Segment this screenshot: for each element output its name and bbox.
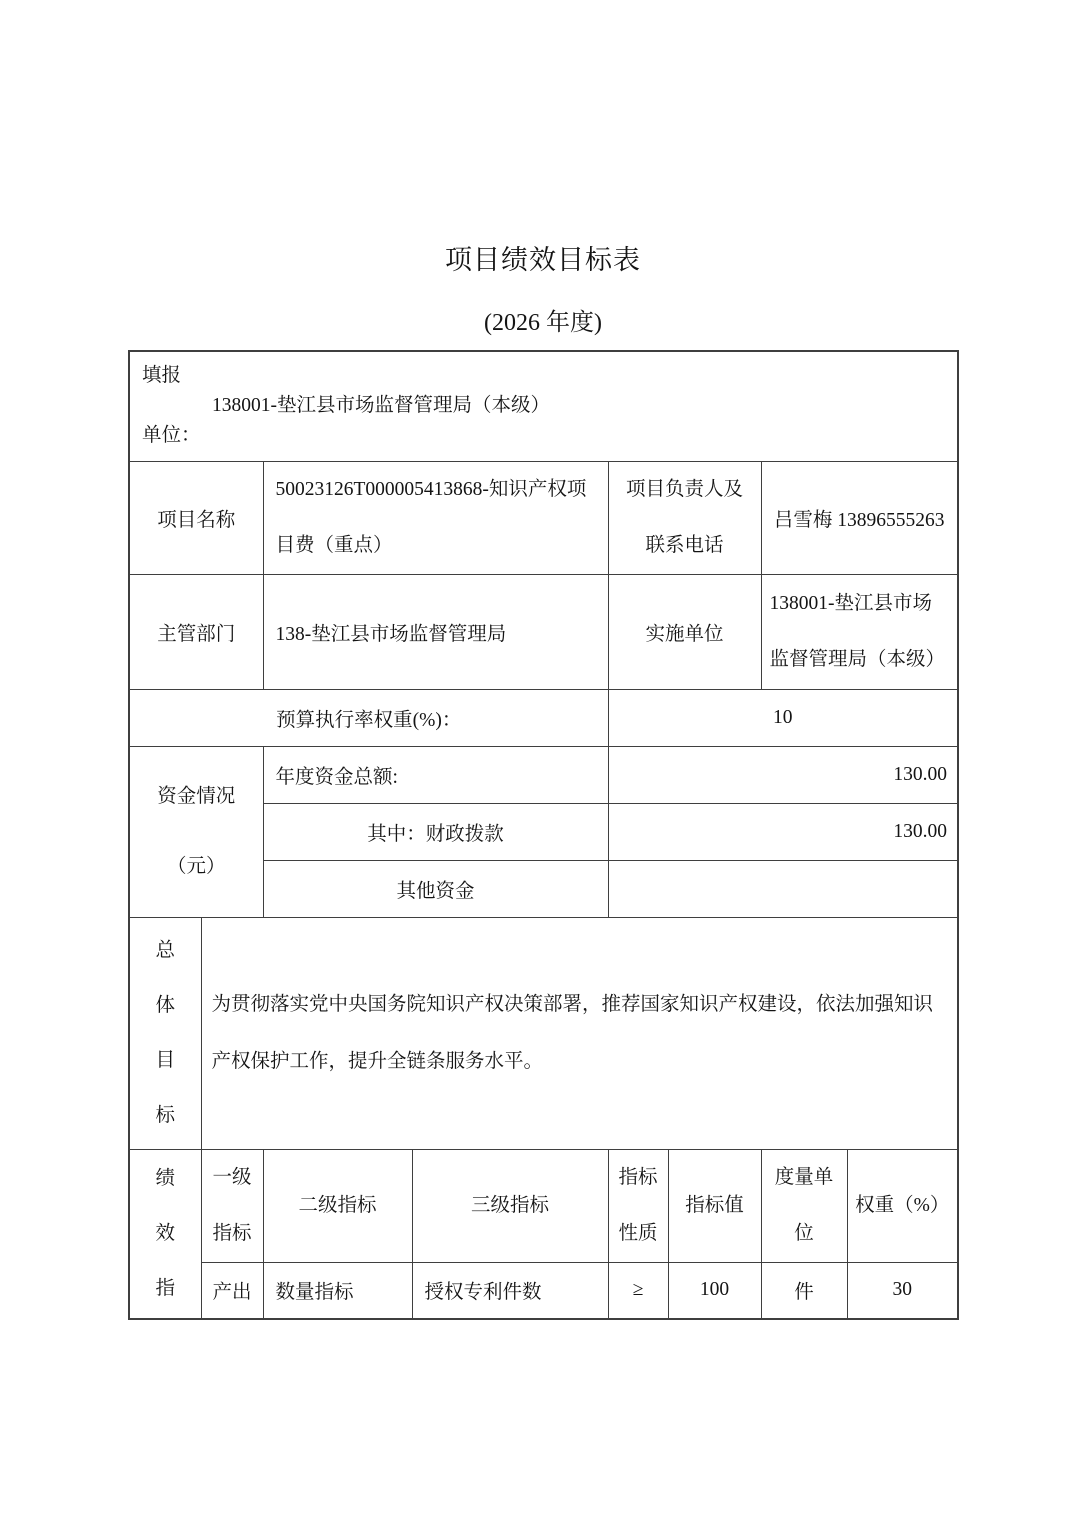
budget-weight-value-cell: 10 [608, 689, 958, 746]
department-value-cell: 138-垫江县市场监督管理局 [263, 574, 608, 689]
indicator-unit-cell: 件 [761, 1262, 847, 1319]
overall-goal-value-cell: 为贯彻落实党中央国务院知识产权决策部署，推荐国家知识产权建设，依法加强知识产权保… [201, 917, 958, 1149]
indicators-side-label-cell: 绩 效 指 [129, 1149, 201, 1319]
budget-weight-label-cell: 预算执行率权重(%)： [129, 689, 608, 746]
page-title: 项目绩效目标表 [128, 240, 958, 280]
indicator-row: 产出 数量指标 授权专利件数 ≥ 100 件 30 [129, 1262, 958, 1319]
implementing-unit-value-cell: 138001-垫江县市场监督管理局（本级） [761, 574, 958, 689]
implementing-unit-label-cell: 实施单位 [608, 574, 761, 689]
project-name-value-cell: 50023126T000005413868-知识产权项目费（重点） [263, 461, 608, 574]
indicator-nature-cell: ≥ [608, 1262, 668, 1319]
funding-label-cell: 资金情况 （元） [129, 746, 263, 917]
funding-other-label-cell: 其他资金 [263, 860, 608, 917]
header-value-cell: 指标值 [668, 1149, 761, 1262]
funding-total-label-cell: 年度资金总额: [263, 746, 608, 803]
indicator-value-cell: 100 [668, 1262, 761, 1319]
reporting-unit-label-bottom: 单位： [142, 421, 945, 451]
funding-total-value-cell: 130.00 [608, 746, 958, 803]
indicator-weight-cell: 30 [847, 1262, 958, 1319]
reporting-unit-label-top: 填报 [142, 361, 945, 391]
project-name-label-cell: 项目名称 [129, 461, 263, 574]
document-page: 项目绩效目标表 (2026 年度) 填报 138001-垫江县市场监督管理局（本… [0, 0, 1074, 1520]
funding-other-value-cell [608, 860, 958, 917]
header-level1-cell: 一级 指标 [201, 1149, 263, 1262]
header-unit-cell: 度量单 位 [761, 1149, 847, 1262]
indicator-level3-cell: 授权专利件数 [412, 1262, 608, 1319]
header-nature-cell: 指标 性质 [608, 1149, 668, 1262]
header-weight-cell: 权重（%） [847, 1149, 958, 1262]
funding-fiscal-label-cell: 其中：财政拨款 [263, 803, 608, 860]
project-leader-label-cell: 项目负责人及 联系电话 [608, 461, 761, 574]
performance-target-table: 填报 138001-垫江县市场监督管理局（本级） 单位： 项目名称 500231… [128, 350, 959, 1320]
indicator-level1-cell: 产出 [201, 1262, 263, 1319]
indicator-level2-cell: 数量指标 [263, 1262, 412, 1319]
project-leader-value-cell: 吕雪梅 13896555263 [761, 461, 958, 574]
reporting-unit-value: 138001-垫江县市场监督管理局（本级） [212, 391, 945, 421]
department-label-cell: 主管部门 [129, 574, 263, 689]
reporting-unit-cell: 填报 138001-垫江县市场监督管理局（本级） 单位： [129, 351, 958, 461]
page-subtitle: (2026 年度) [128, 303, 958, 343]
overall-goal-label-cell: 总 体 目 标 [129, 917, 201, 1149]
funding-fiscal-value-cell: 130.00 [608, 803, 958, 860]
header-level2-cell: 二级指标 [263, 1149, 412, 1262]
header-level3-cell: 三级指标 [412, 1149, 608, 1262]
